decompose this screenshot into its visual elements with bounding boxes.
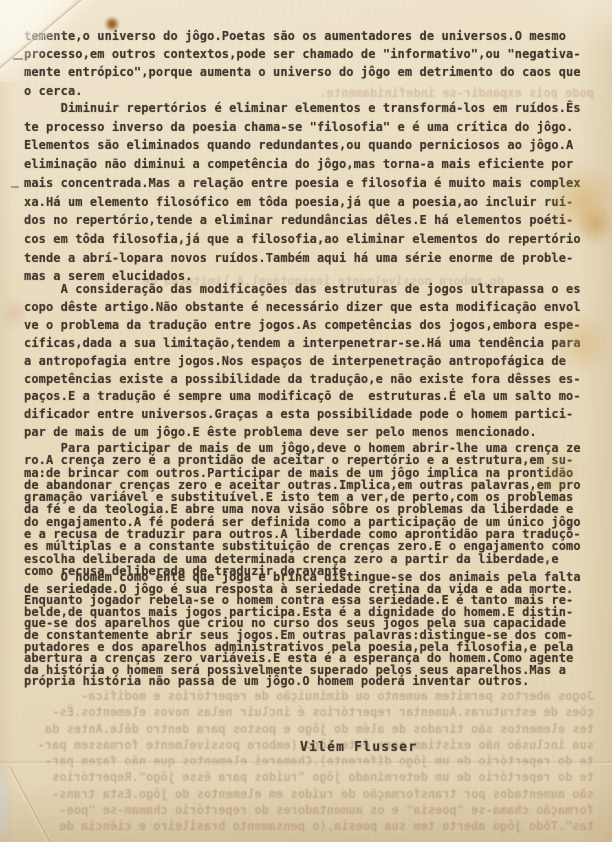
body-paragraph-5: O homem como ente que joga e brinca dist…	[24, 572, 598, 688]
paper-stain	[4, 290, 24, 336]
crease-line	[0, 761, 612, 765]
body-paragraph-1: temente,o universo do jôgo.Poetas são os…	[24, 27, 598, 100]
corner-fold	[0, 0, 95, 82]
author-signature: Vilém Flusser	[300, 740, 417, 755]
body-paragraph-4: Para participar de mais de um jôgo,deve …	[24, 442, 598, 577]
margin-mark	[11, 186, 19, 188]
page-edge	[0, 766, 7, 842]
body-paragraph-3: A consideração das modificações das estr…	[24, 281, 598, 442]
margin-mark	[13, 58, 23, 60]
body-paragraph-2: Diminuir repertórios é eliminar elemento…	[24, 99, 598, 286]
scanned-document-page: pode pois expandir-se indefinidamente. d…	[0, 0, 612, 842]
